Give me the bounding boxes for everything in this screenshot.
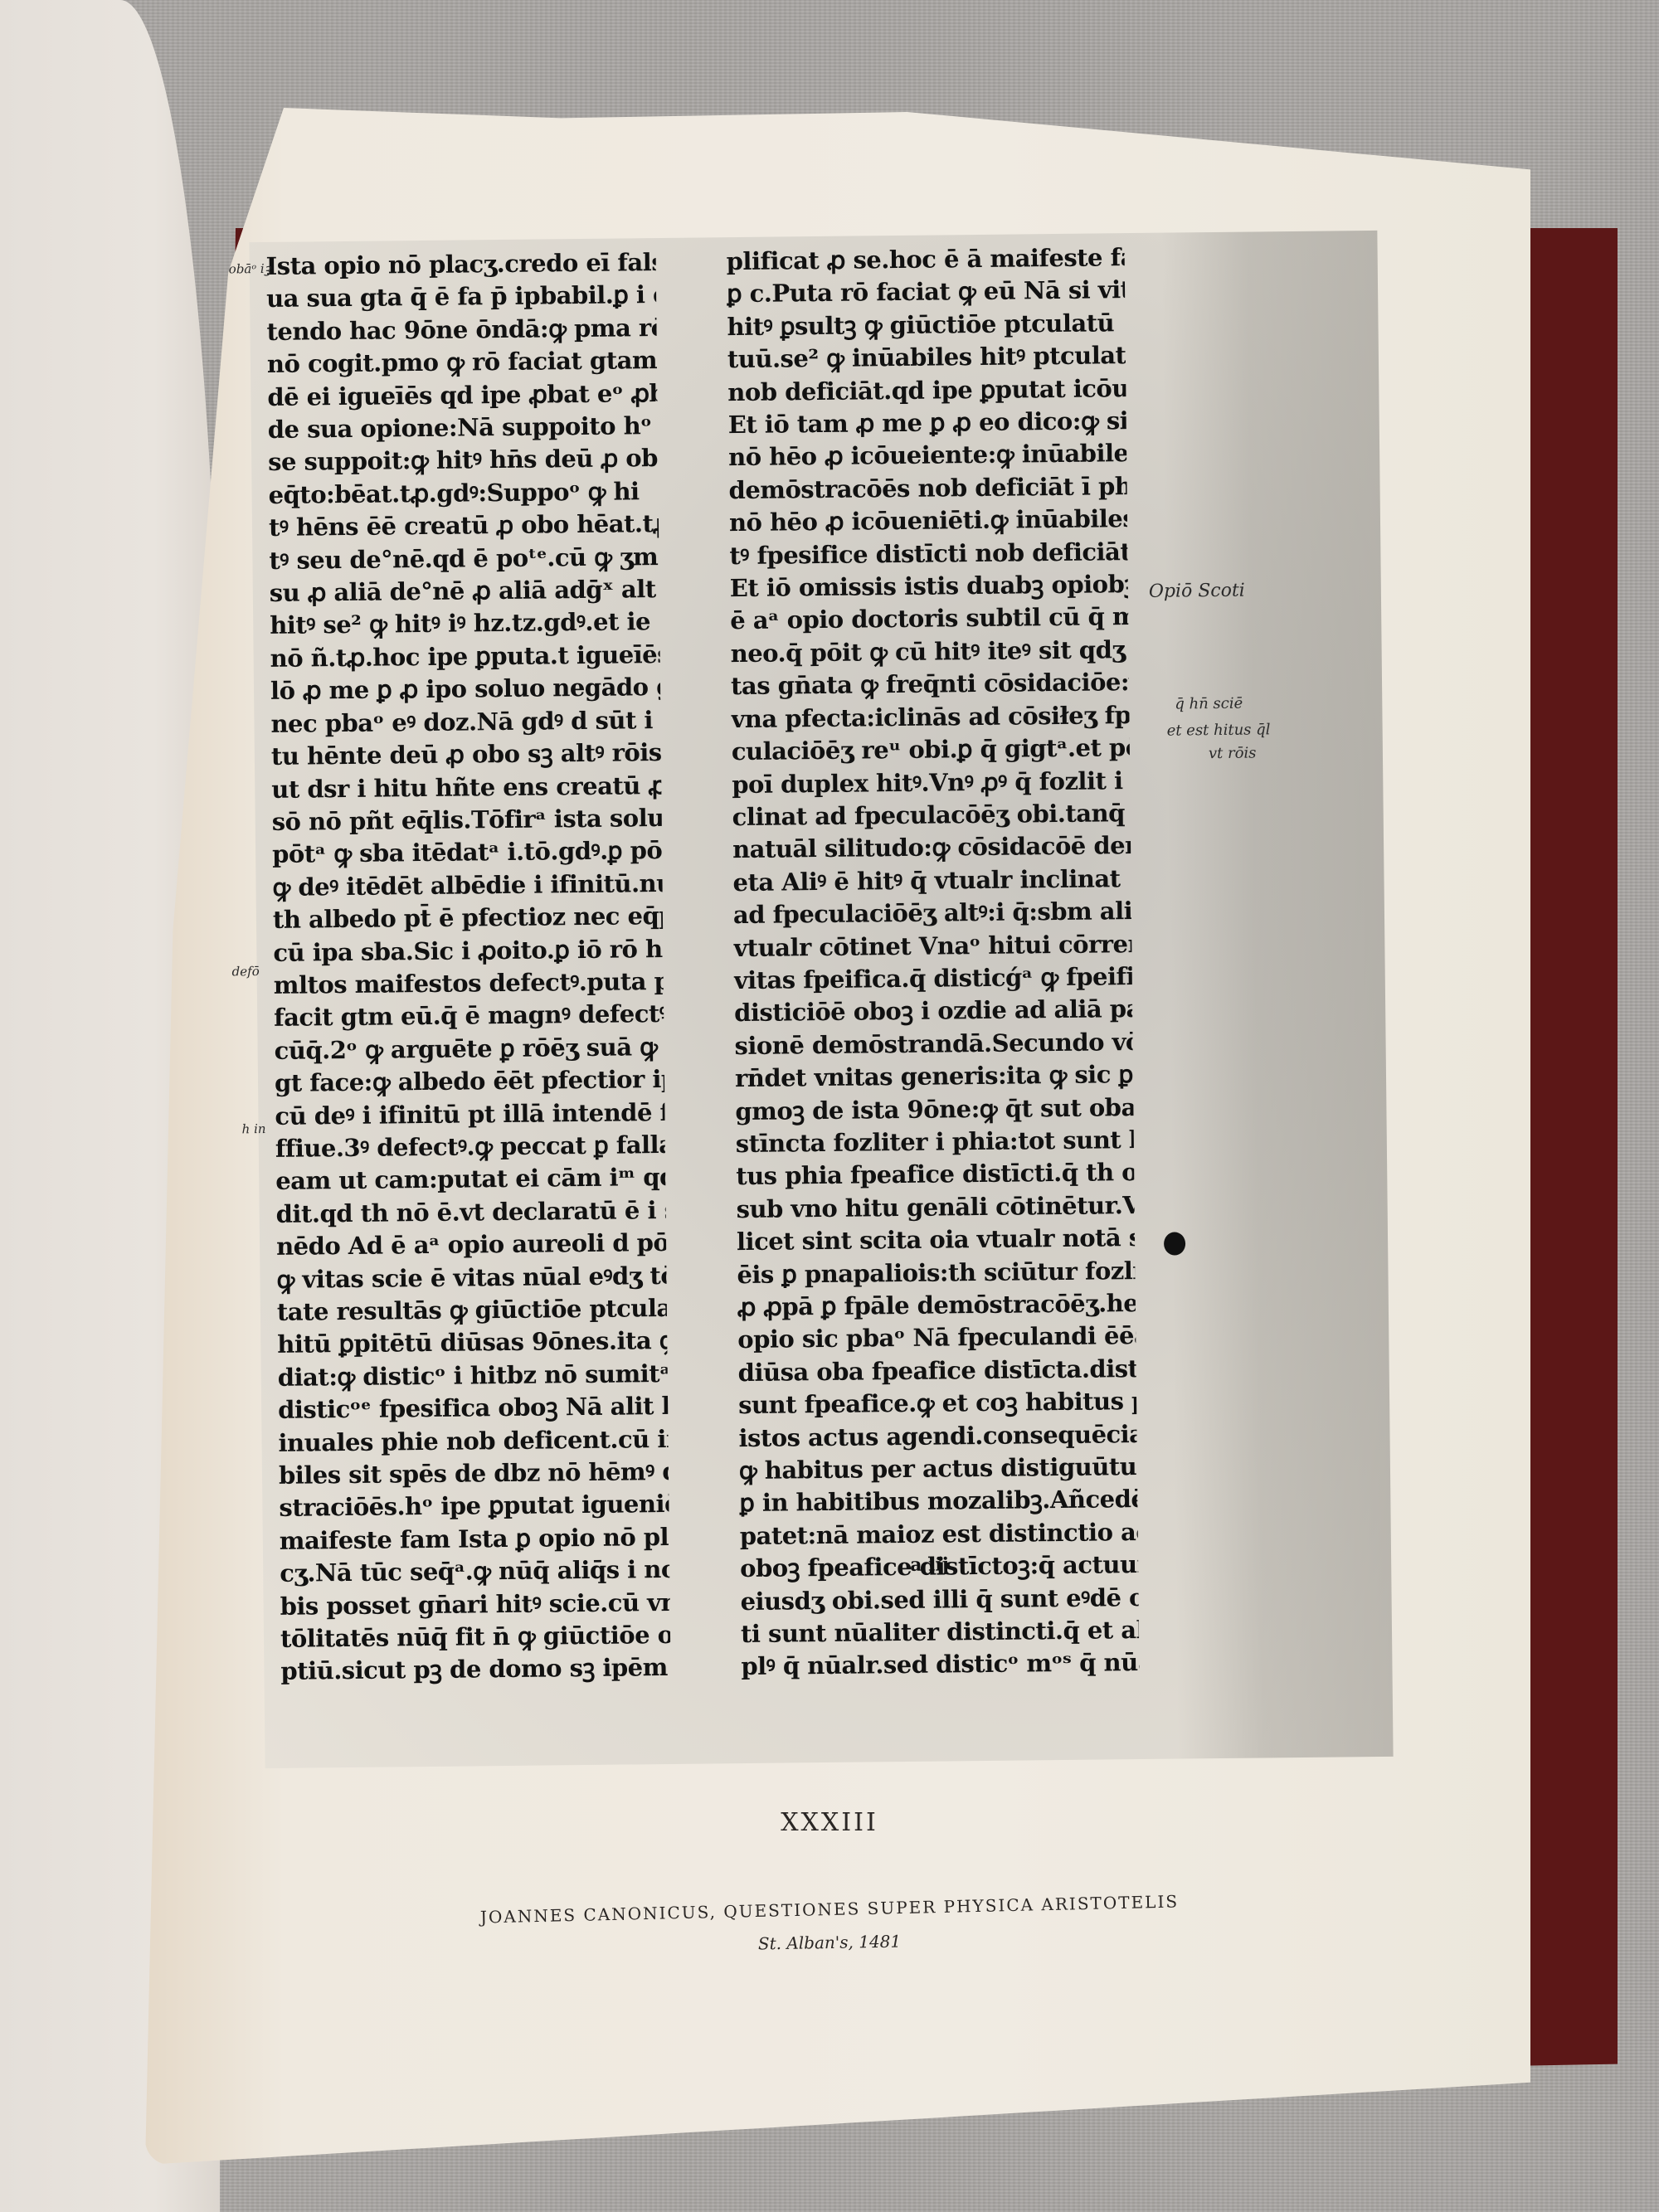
- text-line: th albedo pt̄ ē pfectioz nec eq̄pfecta: [273, 900, 663, 936]
- text-line: ꝙ vitas scie ē vitas nūal eꝰdʒ tōli: [276, 1260, 666, 1296]
- text-line: pōtᵃ ꝙ sba itēdatᵃ i.tō.gdꝰ.ꝑ pōᵗ: [272, 834, 662, 871]
- text-line: licet sint scita oia vtualr notā subi: [737, 1222, 1135, 1258]
- text-line: stīncta fozliter i phia:tot sunt habi: [736, 1124, 1134, 1160]
- text-line: de sua opione:Nā suppoito hᵒ qd ip: [268, 410, 658, 446]
- text-line: patet:nā maioz est distinctio actuū: [740, 1516, 1138, 1553]
- text-line: tꝰ seu de°nē.qd ē poᵗᵉ.cū ꝙ ʒm ip: [269, 541, 659, 577]
- text-line: clinat ad fpeculacōēʒ obi.tanq̄ eꝰ: [732, 797, 1130, 834]
- text-line: dit.qd th nō ē.vt declaratū ē i sol: [275, 1194, 665, 1231]
- text-line: biles sit spēs de dbz nō hēmꝰ demō: [279, 1456, 669, 1492]
- text-line: tōlitatēs nūq̄ fit n̄ ꝙ giūctiōe oim: [280, 1619, 670, 1655]
- text-line: Ista opio nō placʒ.credo eī fals: [266, 246, 656, 283]
- text-line: nō cogit.pmo ꝙ rō faciat gtam eū.ꝰ: [267, 344, 657, 381]
- text-line: Et iō tam ꝓ me ꝑ ꝓ eo dico:ꝙ sic: [728, 405, 1126, 441]
- plate-number: XXXIII: [465, 1808, 1194, 1837]
- text-line: sionē demōstrandā.Secundo vō cor: [734, 1026, 1132, 1062]
- text-line: sunt fpeafice.ꝙ et coꝫ habitus per: [738, 1385, 1136, 1422]
- text-line: nō hēo ꝓ icōueiente:ꝙ inūabiles: [728, 438, 1126, 474]
- marginal-note-2: q̄ hn̄ sciē: [1175, 695, 1243, 713]
- text-line: diat:ꝙ disticᵒ i hitbz nō sumitᵃ ꝙ: [278, 1358, 668, 1394]
- right-text-column: plificat ꝓ se.hoc ē ā maifeste fam ꝙꝑ c.…: [726, 241, 1139, 1684]
- text-line: ꝓ ꝓpā ꝑ fpāle demōstracōēʒ.hec ē: [737, 1287, 1136, 1324]
- text-line: eta Aliꝰ ē hitꝰ q̄ vtualr inclinat: [732, 863, 1131, 899]
- text-line: ti sunt nūaliter distincti.q̄ et alii: [741, 1614, 1139, 1650]
- text-line: ēis ꝑ pnapaliois:th sciūtur fozlr: [737, 1255, 1135, 1291]
- text-line: inuales phie nob deficent.cū inūa: [278, 1423, 668, 1460]
- marginal-note-3: et est hitus q̄l: [1167, 721, 1271, 739]
- text-line: rn̄det vnitas generis:ita ꝙ sic ꝑm: [735, 1058, 1133, 1095]
- text-line: nob deficiāt.qd ipe ꝑputat icōueiēs: [727, 372, 1126, 409]
- text-line: hitū ꝑpitētū diūsas 9ōnes.ita ꝙ: [277, 1325, 667, 1361]
- text-line: tate resultās ꝙ giūctiōe ptculatū: [277, 1292, 667, 1329]
- text-line: disticiōē oboꝫ i ozdie ad aliā pas: [734, 993, 1132, 1029]
- text-line: gt face:ꝙ albedo ēēt pfectior ipa sba: [275, 1063, 664, 1100]
- text-line: diūsa oba fpeafice distīcta.distinctī: [738, 1353, 1136, 1389]
- text-line: ꝙ habitus per actus distiguūtur.hoc: [739, 1451, 1137, 1487]
- left-text-column: Ista opio nō placʒ.credo eī falsua sua g…: [266, 246, 671, 1689]
- text-line: dē ei igueīēs qd ipe ꝓbat eᵒ ꝓbabo: [267, 377, 657, 414]
- text-line: tꝰ fpesifice distīcti nob deficiāt ī phi: [729, 536, 1127, 572]
- text-line: maifeste fam Ista ꝑ opio nō pla: [280, 1521, 669, 1558]
- text-line: plificat ꝓ se.hoc ē ā maifeste fam ꝙ: [726, 241, 1124, 278]
- text-line: vtualr cōtinet Vnaᵒ hitui cōrrendēt: [733, 928, 1131, 965]
- text-line: lō ꝓ me ꝑ ꝓ ipo soluo negādo gñaz: [270, 671, 660, 707]
- text-line: ua sua gta q̄ ē fa p̄ ipbabil.ꝑ i eli: [266, 279, 656, 315]
- marginal-note-left-top: obāᵒ iꝫ: [229, 260, 271, 278]
- text-line: hitꝰ se² ꝙ hitꝰ iꝰ hz.tz.gdꝰ.et ie: [270, 605, 659, 642]
- text-line: ꝙ deꝰ itēdēt albēdie i ifinitū.nuq̄: [272, 868, 662, 904]
- text-line: hitꝰ ꝑsultꝫ ꝙ giūctiōe ptculatū: [727, 307, 1125, 343]
- text-line: cʒ.Nā tūc seq̄ᵃ.ꝙ nūq̄ aliq̄s i no: [280, 1553, 669, 1590]
- text-line: tus phia fpeafice distīcti.q̄ th oēs: [736, 1156, 1134, 1193]
- ink-spot: [1164, 1232, 1185, 1255]
- text-line: nō ñ.tꝓ.hoc ipe ꝑputa.t igueīēs ꝑ: [270, 639, 659, 675]
- text-line: gmoꝫ de ista 9ōne:ꝙ q̄t sut oba di: [735, 1091, 1133, 1128]
- text-line: cū ipa sba.Sic i ꝓoito.ꝑ iō rō hēs: [273, 933, 663, 970]
- text-line: se suppoit:ꝙ hitꝰ hn̄s deū ꝓ obo ad: [268, 442, 658, 479]
- text-line: nēdo Ad ē aᵃ opio aureoli d pōnit: [276, 1227, 666, 1263]
- text-line: eq̄to:bēat.tꝓ.gdꝰ:Suppoᵒ ꝙ hi: [268, 475, 658, 512]
- text-line: tu hēnte deū ꝓ obo sꝫ altꝰ rōis ab: [271, 737, 661, 773]
- text-line: facit gtm eū.q̄ ē magnꝰ defectꝰ m q̄: [274, 998, 664, 1034]
- text-line: vna pfecta:iclinās ad cōsiłeʒ fpe: [731, 699, 1129, 736]
- text-line: demōstracōēs nob deficiāt ī phia ita: [728, 470, 1126, 507]
- text-line: disticᵒᵉ fpesifica oboꝫ Nā alit hitꝰ: [278, 1390, 668, 1427]
- text-line: ut dsr i hitu hñte ens creatū ꝓ obo: [271, 770, 661, 806]
- text-line: opio sic pbaᵒ Nā fpeculandi ēēa: [737, 1320, 1136, 1356]
- marginal-note-left-mid: defō: [232, 964, 260, 979]
- signature-mark: a iij: [910, 1553, 949, 1575]
- marginal-note-4: vt rōis: [1209, 744, 1257, 762]
- text-line: eiusdʒ obi.sed illi q̄ sunt eꝰdē obiec: [740, 1582, 1138, 1618]
- text-line: eam ut cam:putat ei cām iᵐ qd ade: [275, 1161, 665, 1198]
- text-line: poī duplex hitꝰ.Vnꝰ ꝓꝰ q̄ fozlit i: [732, 765, 1130, 801]
- text-line: culaciōēʒ reᵘ obi.ꝑ q̄ gigtᵃ.et pōt: [732, 732, 1130, 768]
- text-line: ad fpeculaciōēʒ altꝰ:i q̄:sbm alid: [733, 895, 1131, 931]
- text-line: ptiū.sicut pꝫ de domo sꝫ ipēm ꝙ ē.: [280, 1651, 670, 1688]
- text-line: tendo hac 9ōne ōndā:ꝙ pma rō eiꝰ: [266, 312, 656, 348]
- facsimile-plate: Ista opio nō placʒ.credo eī falsua sua g…: [249, 231, 1393, 1768]
- text-line: Et iō omissis istis duabꝫ opiobꝫ: [730, 568, 1128, 605]
- text-line: bis posset gn̄ari hitꝰ scie.cū vnitās: [280, 1587, 669, 1623]
- text-line: istos actus agendi.consequēcia tenꝫ: [738, 1418, 1136, 1455]
- text-line: tas gn̄ata ꝙ freq̄nti cōsidaciōe:vel: [731, 666, 1129, 702]
- text-line: vitas fpeifica.q̄ disticǵᵃ ꝙ fpeifica: [734, 960, 1132, 997]
- plate-shadow: [1161, 231, 1393, 1759]
- text-line: sub vno hitu genāli cōtinētur.Vn̄: [736, 1189, 1134, 1226]
- text-line: su ꝓ aliā de°nē ꝓ aliā adḡˣ alt ꝑ alt: [270, 573, 659, 610]
- text-line: neo.q̄ pōit ꝙ cū hitꝰ iteꝰ sit qdʒ qli: [730, 634, 1128, 670]
- text-line: straciōēs.hᵒ ipe ꝑputat igueniēs ēē: [279, 1488, 669, 1524]
- text-line: nō hēo ꝓ icōueniēti.ꝙ inūabiles hi: [729, 503, 1127, 539]
- text-line: ffiue.3ꝰ defectꝰ.ꝙ peccat ꝑ fallaz.n̄: [275, 1129, 665, 1165]
- text-line: natuāl silitudo:ꝙ cōsidacōē derli: [732, 829, 1131, 866]
- text-line: plꝰ q̄ nūalr.sed disticᵒ mᵒˢ q̄ nūal: [741, 1646, 1139, 1683]
- marginal-note-opio-scoti: Opiō Scoti: [1149, 581, 1245, 602]
- text-line: ꝑ c.Puta rō faciat ꝙ eū Nā si vitas: [727, 275, 1125, 311]
- text-line: ꝑ in habitibus mozalibꝫ.Añcedēs: [739, 1483, 1137, 1519]
- text-line: tꝰ hēns ēē creatū ꝓ obo hēat.tꝓ ē: [269, 508, 659, 544]
- text-line: tuū.se² ꝙ inūabiles hitꝰ ptculatū hi: [727, 339, 1126, 376]
- text-line: ē aᵃ opio doctoris subtil cū q̄ me te: [730, 601, 1128, 638]
- text-line: sō nō pñt eq̄lis.Tōfirᵃ ista soluco: [272, 802, 662, 839]
- text-line: cū deꝰ i ifinitū pt illā intendē fuere: [275, 1096, 664, 1133]
- text-line: cūq̄.2ᵒ ꝙ arguēte ꝑ rōēʒ suā ꝙ deꝰ: [274, 1031, 664, 1067]
- text-line: mltos maifestos defectꝰ.puta pᵒ ꝙ: [274, 965, 664, 1002]
- text-line: nec pbaᵒ eꝰ doz.Nā gdꝰ d sūt i hi: [270, 704, 660, 741]
- marginal-note-left-low: h in: [242, 1121, 266, 1136]
